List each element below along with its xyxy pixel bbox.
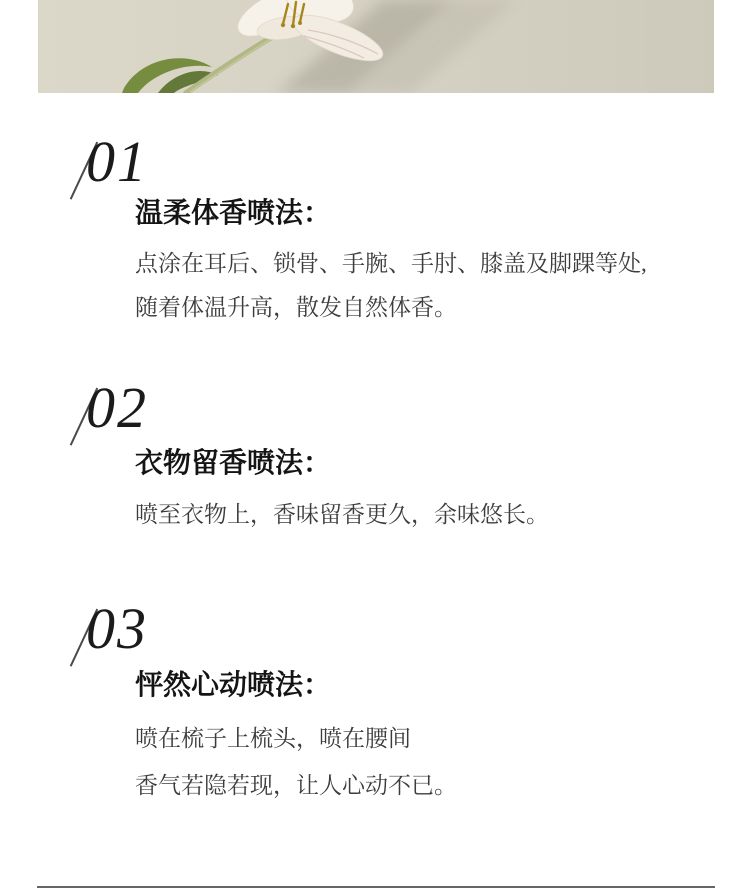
section-text-line: 喷在梳子上梳头，喷在腰间 [135, 727, 411, 750]
section-title: 怦然心动喷法： [135, 672, 331, 700]
section-number-group: 01 [65, 140, 185, 204]
bottom-divider [37, 886, 715, 888]
section-number-group: 03 [65, 607, 185, 671]
section-number: 03 [86, 600, 148, 658]
section-text-line: 香气若隐若现，让人心动不已。 [135, 774, 457, 797]
flower-photo-illustration [38, 0, 714, 93]
section-text-line: 喷至衣物上，香味留香更久，余味悠长。 [135, 503, 549, 526]
product-detail-page: 01 温柔体香喷法： 点涂在耳后、锁骨、手腕、手肘、膝盖及脚踝等处, 随着体温升… [0, 0, 750, 892]
hero-photo [38, 0, 714, 93]
section-number: 02 [86, 379, 148, 437]
section-number: 01 [86, 133, 148, 191]
section-title: 温柔体香喷法： [135, 200, 331, 228]
section-number-group: 02 [65, 386, 185, 450]
section-title: 衣物留香喷法： [135, 450, 331, 478]
section-text-line: 随着体温升高，散发自然体香。 [135, 296, 457, 319]
section-text-line: 点涂在耳后、锁骨、手腕、手肘、膝盖及脚踝等处, [135, 252, 647, 275]
